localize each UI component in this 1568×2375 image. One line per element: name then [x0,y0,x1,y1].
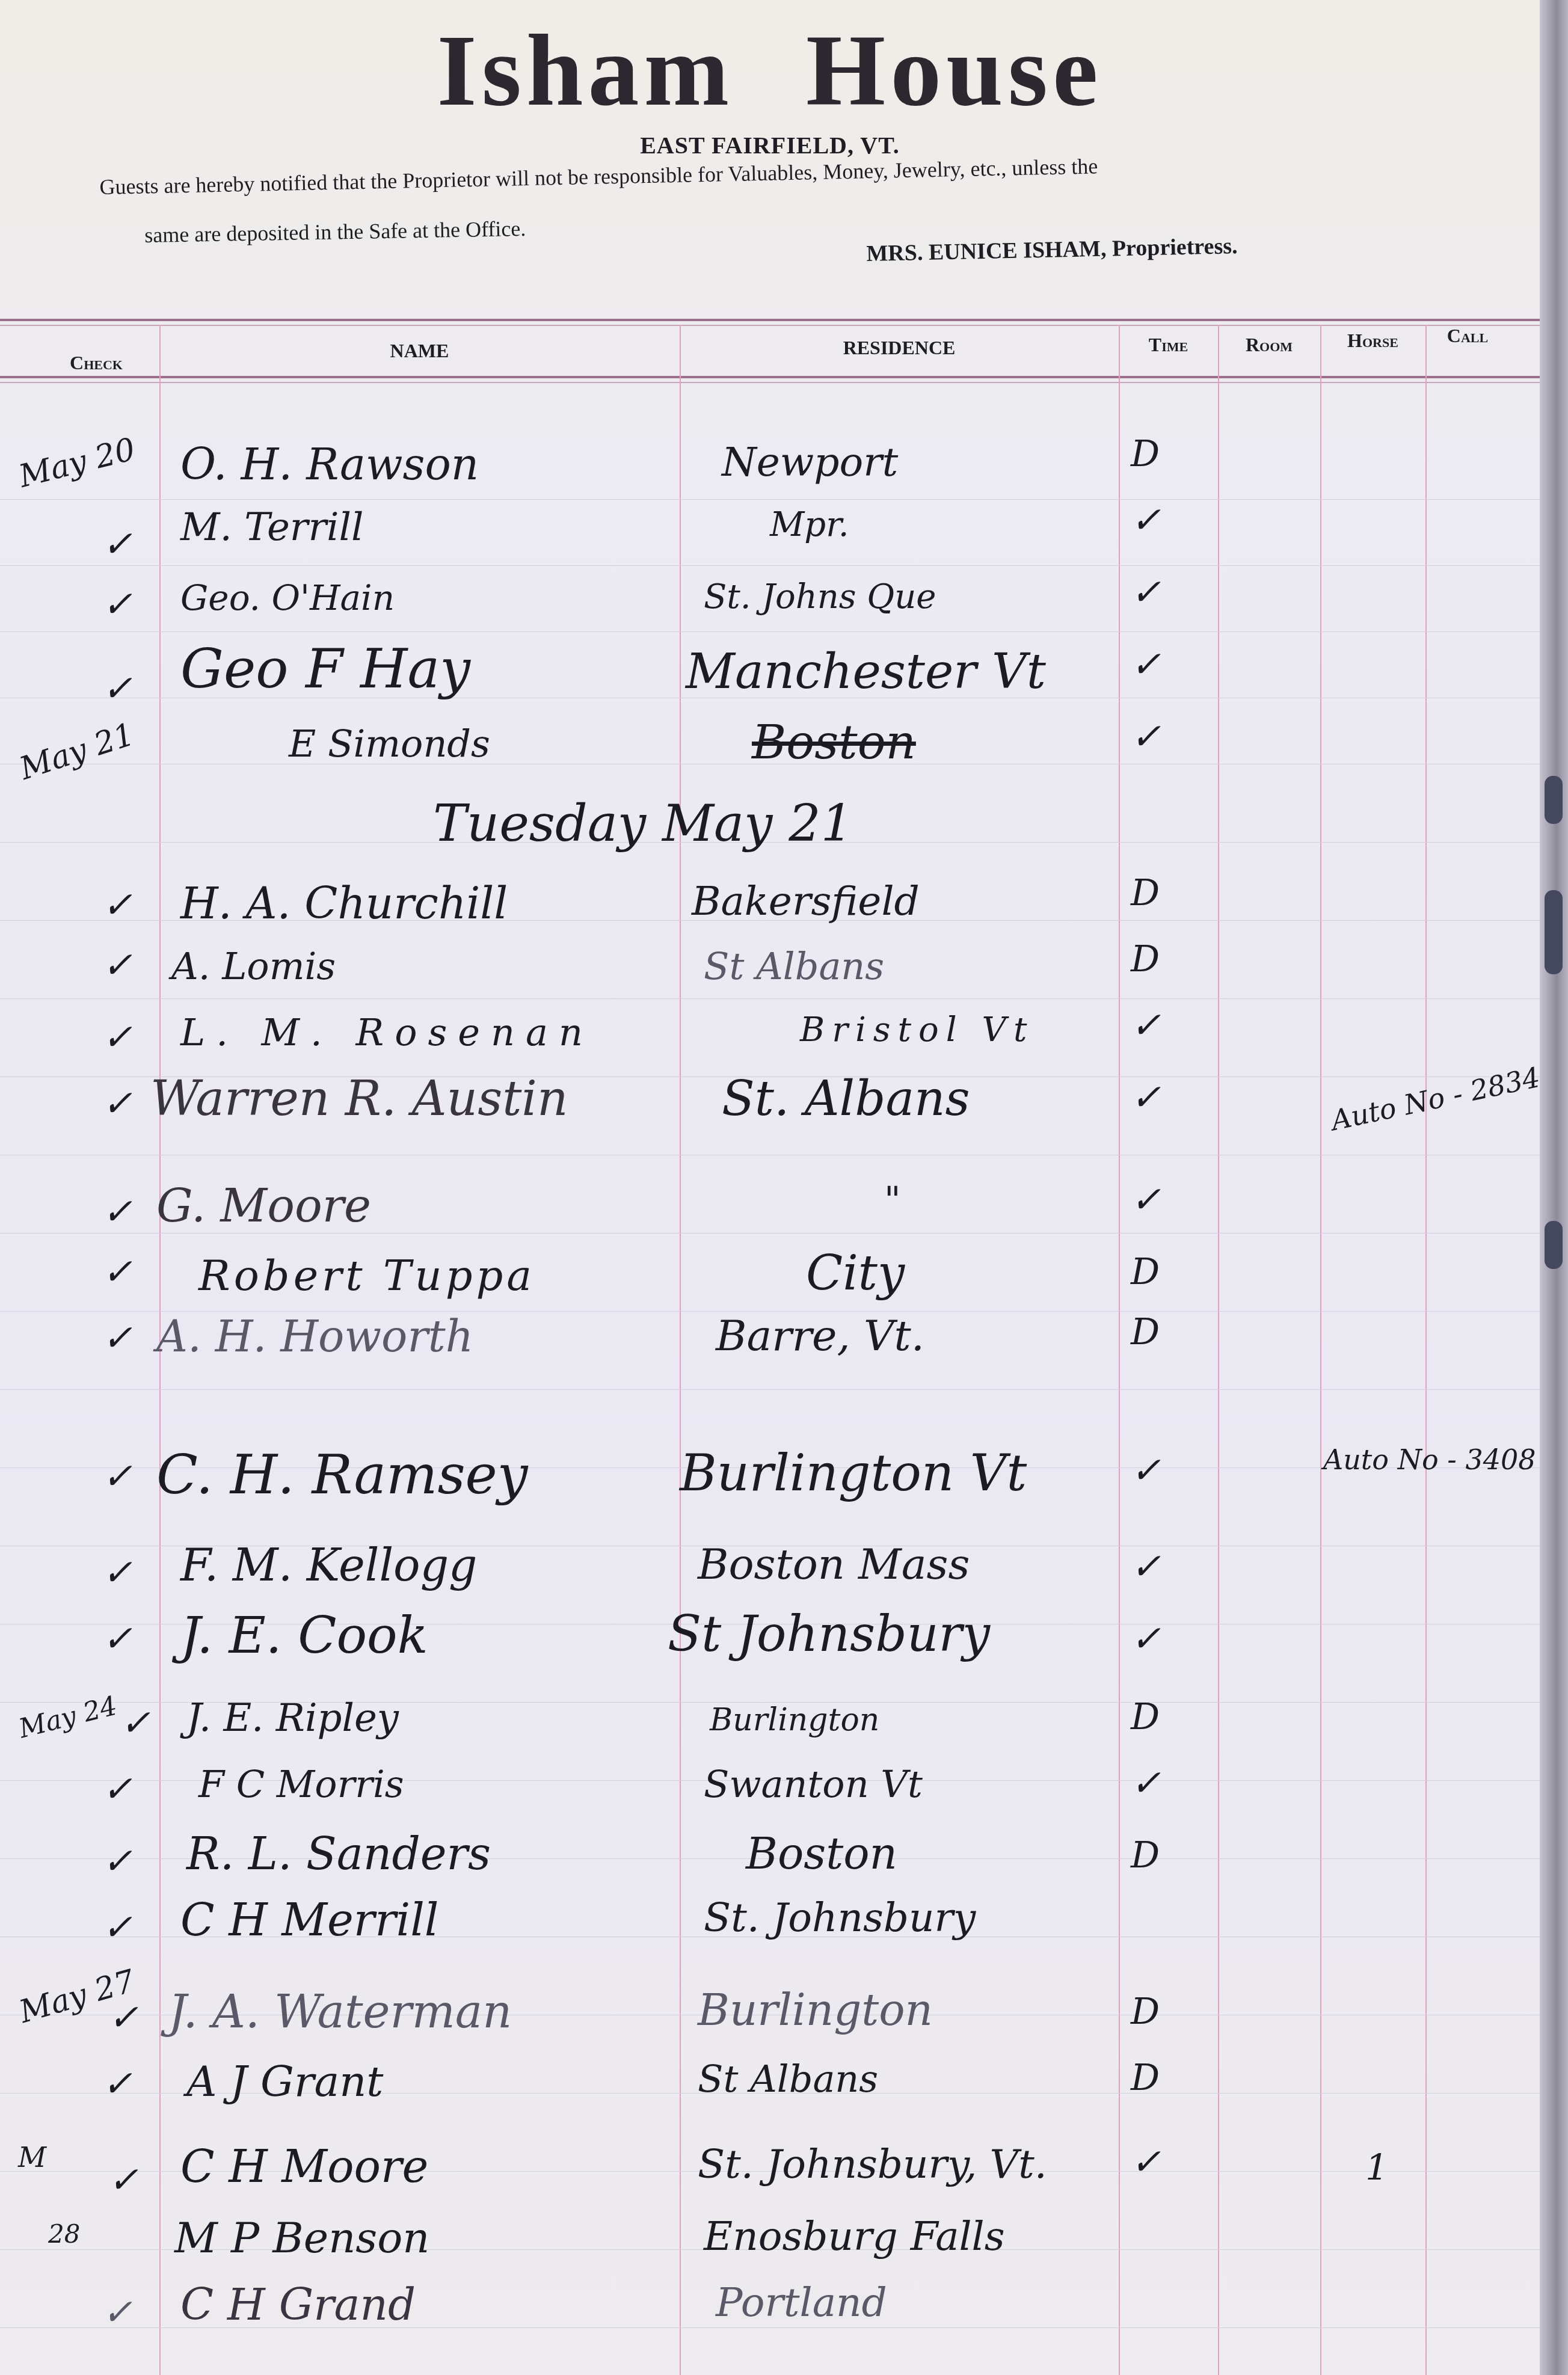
binding-tab [1545,890,1563,974]
entry-time: ✓ [1131,1449,1161,1492]
entry-time: ✓ [1131,1762,1161,1804]
entry-date: May 21 [16,716,139,787]
proprietress-signature: MRS. EUNICE ISHAM, Proprietress. [866,233,1238,267]
notice-line-1: Guests are hereby notified that the Prop… [99,153,1098,200]
entry-time: D [1131,1696,1160,1738]
column-header-time: Time [1119,334,1218,356]
ruled-line [0,1155,1540,1155]
entry-name: J. A. Waterman [168,1985,512,2038]
entry-name: L. M. Rosenan [180,1010,594,1054]
entry-check: ✓ [102,1552,132,1594]
entry-date: 28 [48,2219,80,2249]
entry-date: May 20 [16,431,139,495]
entry-check: ✓ [102,583,132,625]
entry-time: ✓ [1131,499,1161,541]
column-header-residence: RESIDENCE [680,337,1119,359]
entry-time: D [1131,433,1160,475]
entry-name: F. M. Kellogg [180,1540,477,1591]
entry-name: E Simonds [289,722,490,766]
entry-time: D [1131,1251,1160,1293]
entry-residence: City [806,1245,905,1301]
entry-residence: Enosburg Falls [704,2213,1005,2260]
entry-name: Geo. O'Hain [180,577,395,618]
notice-line-2: same are deposited in the Safe at the Of… [144,216,526,248]
header-top-rule-thin [0,325,1540,326]
entry-name: M. Terrill [180,505,363,550]
title-word-house: House [806,14,1102,127]
day-heading: Tuesday May 21 [433,794,853,853]
entry-residence: Mpr. [770,505,849,544]
entry-name: A. H. Howorth [156,1311,473,1362]
entry-check: ✓ [102,1906,132,1949]
entry-date: M [18,2141,46,2174]
header-top-rule [0,319,1540,321]
entry-name: M P Benson [174,2213,429,2263]
entry-residence: Boston [752,716,916,770]
entry-time: D [1131,2057,1160,2099]
column-divider-name [680,325,681,2375]
entry-residence: Manchester Vt [686,644,1046,699]
entry-check: ✓ [102,1016,132,1058]
entry-residence: Portland [716,2279,887,2326]
entry-time: ✓ [1131,1546,1161,1588]
entry-residence: St Johnsbury [668,1606,990,1663]
column-header-call: Call [1425,325,1510,347]
entry-name: J. E. Cook [180,1606,428,1665]
entry-time: ✓ [1131,644,1161,686]
entry-time: ✓ [1131,1004,1161,1046]
entry-date: May 24 [16,1691,120,1745]
entry-time: D [1131,1991,1160,2033]
entry-check: ✓ [120,1702,150,1744]
entry-time: D [1131,1311,1160,1353]
entry-name: G. Moore [156,1179,371,1232]
column-header-horse: Horse [1320,330,1425,352]
entry-name: H. A. Churchill [180,878,508,929]
entry-name: R. L. Sanders [186,1828,491,1880]
entry-residence: St. Johnsbury [704,1894,976,1941]
entry-check: ✓ [102,944,132,986]
binding-tab [1545,776,1563,824]
title-word-isham: Isham [437,14,734,127]
entry-check: ✓ [102,1455,132,1498]
entry-residence: St Albans [698,2057,878,2101]
entry-time: ✓ [1131,1179,1161,1221]
entry-check: ✓ [102,523,132,565]
entry-residence: Boston Mass [698,1540,970,1589]
ruled-line [0,1389,1540,1390]
column-divider-time [1218,325,1219,2375]
entry-time: ✓ [1131,1618,1161,1660]
ruled-line [0,499,1540,500]
column-header-room: Room [1218,334,1320,356]
entry-call: Auto No - 3408 [1323,1443,1536,1476]
entry-residence: St. Albans [722,1071,970,1126]
entry-residence: Swanton Vt [704,1762,923,1806]
header-bottom-rule-thin [0,382,1540,383]
entry-residence: Burlington [710,1702,879,1738]
entry-residence: St Albans [704,944,884,988]
entry-residence: Barre, Vt. [716,1311,924,1360]
entry-check: ✓ [108,1997,138,2039]
entry-time: ✓ [1131,571,1161,613]
entry-check: ✓ [102,1840,132,1882]
ruled-line [0,631,1540,632]
entry-time: D [1131,1834,1160,1876]
entry-check: ✓ [102,2291,132,2334]
entry-horse: 1 [1365,2147,1388,2189]
hotel-title: IshamHouse [0,12,1540,129]
entry-time: ✓ [1131,716,1161,758]
entry-check: ✓ [102,1251,132,1293]
entry-residence: Bakersfield [692,878,920,924]
entry-residence: St. Johnsbury, Vt. [698,2141,1047,2187]
entry-name: A J Grant [186,2057,383,2106]
entry-residence: " [884,1179,901,1221]
entry-check: ✓ [102,1317,132,1359]
entry-name: C H Moore [180,2141,428,2193]
column-header-name: NAME [159,340,680,362]
entry-residence: Burlington Vt [680,1443,1027,1502]
binding-tab [1545,1221,1563,1269]
column-divider-residence [1119,325,1120,2375]
entry-name: Warren R. Austin [150,1071,568,1126]
hotel-location: EAST FAIRFIELD, VT. [0,131,1540,159]
entry-residence: Bristol Vt [800,1010,1034,1049]
ruled-line [0,1233,1540,1234]
entry-check: ✓ [102,668,132,710]
header-bottom-rule [0,376,1540,378]
entry-check: ✓ [108,2159,138,2201]
entry-check: ✓ [102,2063,132,2105]
column-divider-horse [1425,325,1427,2375]
entry-check: ✓ [102,1083,132,1125]
entry-name: A. Lomis [171,944,336,988]
register-page: IshamHouse EAST FAIRFIELD, VT. Guests ar… [0,0,1540,2375]
entry-check: ✓ [102,1191,132,1233]
entry-residence: Boston [746,1828,897,1879]
entry-time: D [1131,872,1160,914]
entry-time: ✓ [1131,1077,1161,1119]
entry-name: J. E. Ripley [186,1696,399,1741]
entry-call: Auto No - 2834 [1328,1061,1543,1137]
entry-name: C H Grand [180,2279,416,2330]
entry-check: ✓ [102,884,132,926]
entry-name: C H Merrill [180,1894,439,1946]
ruled-line [0,565,1540,566]
entry-residence: Burlington [698,1985,933,2035]
entry-name: Geo F Hay [180,638,470,701]
entry-name: F C Morris [198,1762,404,1806]
column-header-check: Check [36,352,156,374]
entry-check: ✓ [102,1768,132,1810]
entry-residence: St. Johns Que [704,577,936,616]
entry-name: Robert Tuppa [198,1251,535,1300]
entry-residence: Newport [722,439,898,485]
column-divider-room [1320,325,1321,2375]
entry-name: O. H. Rawson [180,439,479,490]
book-spine [1540,0,1568,2375]
ruled-line [0,998,1540,999]
entry-time: D [1131,938,1160,980]
entry-time: ✓ [1131,2141,1161,2183]
entry-name: C. H. Ramsey [156,1443,528,1507]
entry-check: ✓ [102,1618,132,1660]
